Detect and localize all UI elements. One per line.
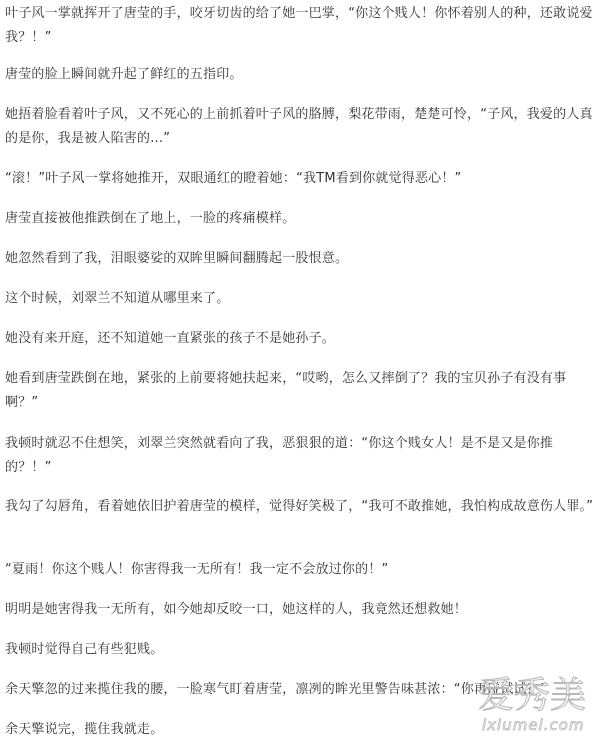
paragraph: 唐莹直接被他推跌倒在了地上，一脸的疼痛模样。	[5, 207, 595, 231]
paragraph: 我顿时就忍不住想笑，刘翠兰突然就看向了我，恶狠狠的道：“你这个贱女人！是不是又是…	[5, 432, 595, 480]
paragraph: 叶子风一掌就挥开了唐莹的手，咬牙切齿的给了她一巴掌，“你这个贱人！你怀着别人的种…	[5, 2, 595, 50]
paragraph: 余天擎忽的过来揽住我的腰，一脸寒气盯着唐莹，凛冽的眸光里警告味甚浓：“你再碰试试…	[5, 678, 595, 702]
paragraph: 她没有来开庭，还不知道她一直紧张的孩子不是她孙子。	[5, 327, 595, 351]
paragraph: 她忽然看到了我，泪眼婆娑的双眸里瞬间翻腾起一股恨意。	[5, 247, 595, 271]
paragraph: 我勾了勾唇角，看着她依旧护着唐莹的模样，觉得好笑极了，“我可不敢推她，我怕构成故…	[5, 495, 595, 519]
paragraph: 她捂着脸看着叶子风，又不死心的上前抓着叶子风的胳膊，梨花带雨，楚楚可怜，“子风，…	[5, 103, 595, 151]
paragraph: 她看到唐莹跌倒在地，紧张的上前要将她扶起来，“哎哟，怎么又摔倒了？我的宝贝孙子有…	[5, 367, 595, 415]
paragraph: 唐莹的脸上瞬间就升起了鲜红的五指印。	[5, 63, 595, 87]
paragraph: 明明是她害得我一无所有，如今她却反咬一口，她这样的人，我竟然还想救她！	[5, 598, 595, 622]
article-body: 叶子风一掌就挥开了唐莹的手，咬牙切齿的给了她一巴掌，“你这个贱人！你怀着别人的种…	[0, 0, 600, 747]
paragraph: “夏雨！你这个贱人！你害得我一无所有！我一定不会放过你的！”	[5, 558, 595, 582]
paragraph: 我顿时觉得自己有些犯贱。	[5, 638, 595, 662]
paragraph: 这个时候，刘翠兰不知道从哪里来了。	[5, 287, 595, 311]
paragraph: 余天擎说完，揽住我就走。	[5, 718, 595, 742]
paragraph: “滚！”叶子风一掌将她推开，双眼通红的瞪着她：“我TM看到你就觉得恶心！”	[5, 167, 595, 191]
